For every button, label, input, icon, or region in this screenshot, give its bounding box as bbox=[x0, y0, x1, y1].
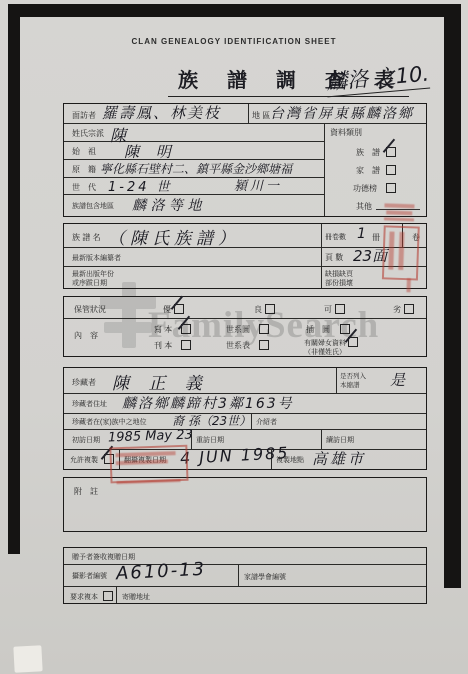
content-lineage-chart: 世系圖 bbox=[226, 324, 250, 335]
checkbox-request-copy bbox=[103, 591, 113, 601]
region-label: 地 區 bbox=[252, 110, 270, 121]
book-info-block: 族 譜 名 （陳氏族譜） 冊卷數 1 冊 卷 最新版本編纂者 頁 數 23面 最… bbox=[63, 223, 427, 289]
category-option-gongdebang: 功德榜 bbox=[353, 183, 377, 194]
condition-fair: 可 bbox=[324, 304, 332, 315]
pubyear-label2: 或序跋日期 bbox=[72, 278, 107, 288]
red-seal-stamp-left bbox=[109, 445, 192, 488]
copy-place-label: 複製地點 bbox=[276, 455, 304, 465]
society-no-label: 家譜學會編號 bbox=[244, 572, 286, 582]
generations-label: 世 代 bbox=[72, 182, 96, 193]
printed-english-title: CLAN GENEALOGY IDENTIFICATION SHEET bbox=[0, 37, 468, 46]
checkbox-lineage-chart bbox=[259, 324, 269, 334]
checkbox-poor bbox=[404, 304, 414, 314]
photographer-no-value: A610-13 bbox=[116, 559, 207, 585]
content-women-note: （非僅姓氏） bbox=[304, 347, 346, 357]
content-illustrations: 插 圖 bbox=[306, 324, 330, 335]
divider bbox=[321, 224, 322, 288]
admin-block: 贈予者簽收複贈日期 攝影者編號 A610-13 家譜學會編號 要求複本 寄贈地址 bbox=[63, 547, 427, 604]
coverage-value: 麟 洛 等 地 bbox=[132, 195, 201, 215]
book-title-value: （陳氏族譜） bbox=[108, 224, 240, 249]
divider bbox=[64, 177, 324, 178]
copy-permit-label: 允許複製 bbox=[70, 455, 98, 465]
category-label: 資料類別 bbox=[330, 127, 362, 138]
checkbox-fair bbox=[335, 304, 345, 314]
damage-label2: 部份損壞 bbox=[325, 278, 353, 288]
included-label2: 本縮譜 bbox=[340, 380, 360, 389]
interviewer-value: 羅壽鳳、林美枝 bbox=[102, 102, 221, 123]
content-lineage-table: 世系表 bbox=[226, 340, 250, 351]
owner-position-label: 珍藏者在(家)族中之地位 bbox=[72, 417, 147, 427]
photographer-no-label: 攝影者編號 bbox=[72, 571, 107, 581]
divider bbox=[321, 429, 322, 449]
included-value: 是 bbox=[390, 369, 405, 390]
divider bbox=[64, 318, 426, 319]
content-printed: 刊 本 bbox=[154, 340, 172, 351]
divider bbox=[64, 141, 324, 142]
category-option-zupu: 族 譜 bbox=[356, 147, 380, 158]
scan-edge-right bbox=[444, 4, 461, 588]
owner-value: 陳 正 義 bbox=[112, 369, 209, 394]
condition-good: 良 bbox=[254, 304, 262, 315]
copy-date-value: 4 JUN 1985 bbox=[180, 443, 290, 468]
mail-address-label: 寄贈地址 bbox=[122, 592, 150, 602]
content-manuscript: 寫 本 bbox=[154, 324, 172, 335]
checkbox-jiapu bbox=[386, 165, 396, 175]
owner-label: 珍藏者 bbox=[72, 377, 96, 388]
checkbox-printed bbox=[181, 340, 191, 350]
basic-info-block: 面訪者 羅壽鳳、林美枝 地 區 台灣省屏東縣麟洛鄉 姓氏宗派 陳 始 祖 陳 明… bbox=[63, 103, 427, 217]
category-option-other: 其他 bbox=[356, 201, 372, 212]
first-visit-value: 1985 May 23 bbox=[108, 428, 193, 446]
request-copy-label: 要求複本 bbox=[70, 592, 98, 602]
volumes-unit1: 冊 bbox=[372, 232, 380, 243]
scan-edge-top bbox=[8, 4, 460, 17]
notes-label: 附 註 bbox=[74, 486, 98, 497]
surname-label: 姓氏宗派 bbox=[72, 128, 104, 139]
condition-poor: 劣 bbox=[393, 304, 401, 315]
divider bbox=[116, 586, 117, 603]
generations-value: 1-24 世 bbox=[108, 176, 173, 195]
donor-receipt-label: 贈予者簽收複贈日期 bbox=[72, 552, 135, 562]
generations-note: 潁川一 bbox=[234, 175, 282, 194]
scan-edge-left bbox=[8, 4, 20, 554]
region-value: 台灣省屏東縣麟洛鄉 bbox=[270, 103, 414, 123]
divider bbox=[336, 368, 337, 393]
revisit-label: 重訪日期 bbox=[196, 435, 224, 445]
condition-content-block: 保管狀況 優 良 可 劣 內 容 寫 本 世系圖 插 圖 刊 本 世系表 有關婦… bbox=[63, 296, 427, 357]
owner-address-value: 麟洛鄉麟蹄村3鄰163号 bbox=[122, 393, 294, 413]
checkbox-gongdebang bbox=[386, 183, 396, 193]
checkbox-lineage-table bbox=[259, 340, 269, 350]
divider bbox=[248, 104, 249, 123]
category-option-jiapu: 家 譜 bbox=[356, 165, 380, 176]
divider bbox=[64, 586, 426, 587]
divider bbox=[324, 123, 325, 216]
scan-artifact-patch bbox=[13, 645, 42, 672]
interviewer-label: 面訪者 bbox=[72, 110, 96, 121]
introducer-label: 介紹者 bbox=[256, 417, 277, 427]
condition-label: 保管狀況 bbox=[74, 304, 106, 315]
volumes-label: 冊卷數 bbox=[325, 232, 346, 242]
ancestor-value: 陳 明 bbox=[124, 141, 177, 162]
divider bbox=[251, 413, 252, 429]
content-label: 內 容 bbox=[74, 330, 98, 341]
pages-label: 頁 數 bbox=[325, 252, 343, 263]
volumes-value: 1 bbox=[357, 226, 366, 242]
origin-label: 原 籍 bbox=[72, 164, 96, 175]
checkbox-good bbox=[265, 304, 275, 314]
included-label1: 是否列入 bbox=[340, 371, 366, 380]
condition-excellent: 優 bbox=[163, 304, 171, 315]
checkbox-illustrations bbox=[340, 324, 350, 334]
coverage-label: 族譜包含地區 bbox=[72, 201, 114, 211]
ancestor-label: 始 祖 bbox=[72, 146, 96, 157]
divider bbox=[238, 564, 239, 586]
editor-label: 最新版本編纂者 bbox=[72, 253, 121, 263]
divider bbox=[64, 266, 426, 267]
owner-position-value: 裔 孫（23世） bbox=[172, 412, 251, 429]
owner-address-label: 珍藏者住址 bbox=[72, 399, 107, 409]
followup-label: 續訪日期 bbox=[326, 435, 354, 445]
book-title-label: 族 譜 名 bbox=[72, 232, 100, 243]
red-seal-stamp-right bbox=[379, 201, 426, 294]
scanned-genealogy-sheet: FamilySearch CLAN GENEALOGY IDENTIFICATI… bbox=[0, 0, 468, 674]
copy-place-value: 高雄市 bbox=[312, 448, 366, 469]
first-visit-label: 初訪日期 bbox=[72, 435, 100, 445]
